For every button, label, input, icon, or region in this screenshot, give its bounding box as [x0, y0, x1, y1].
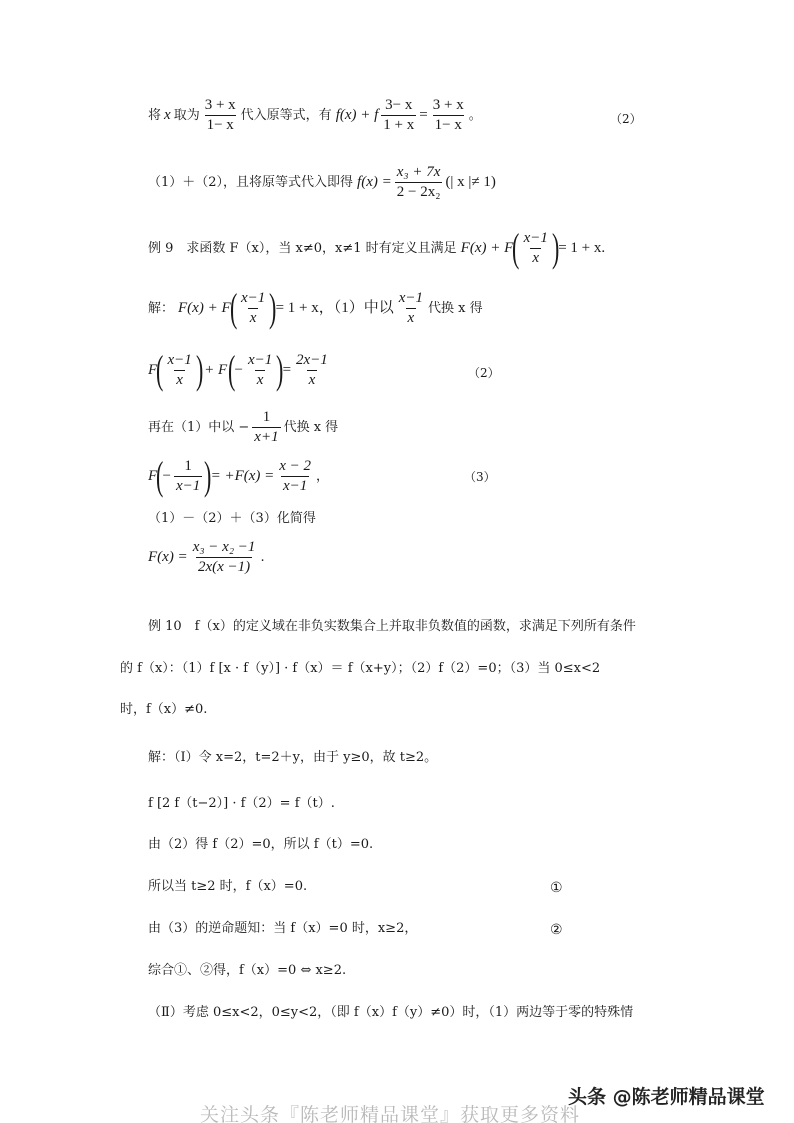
math-expr: f(x) =: [357, 175, 392, 190]
math-expr: + F: [204, 363, 227, 378]
equation-line-1: 将 x 取为 3 + x1− x 代入原等式，有 f(x) + f 3− x1 …: [148, 98, 482, 133]
text: 再在（1）中以 −: [148, 421, 249, 434]
numerator: x₃ + 7x: [395, 165, 443, 182]
solution-step: 由（3）的逆命题知：当 f（x）=0 时，x≥2，: [148, 922, 417, 935]
fraction: 3 + x1− x: [431, 98, 466, 133]
fraction: x−1x: [166, 353, 194, 388]
denominator: x−1: [281, 476, 309, 494]
numerator: x−1: [166, 353, 194, 370]
watermark-text: 关注头条『陈老师精品课堂』获取更多资料: [200, 1100, 580, 1123]
fraction: x−1x: [246, 353, 274, 388]
text: .: [260, 551, 264, 564]
text: 综合①、②得，f（x）=0 ⇔ x≥2.: [148, 964, 346, 977]
brand-label: 头条 @陈老师精品课堂: [568, 1082, 765, 1109]
denominator: 2 − 2x₂: [395, 182, 443, 200]
left-paren: (: [228, 350, 235, 390]
text: f [2 f（t−2）] · f（2）= f（t）.: [148, 797, 335, 810]
right-paren: ): [276, 350, 283, 390]
denominator: x+1: [252, 427, 280, 445]
numerator: x − 2: [277, 459, 313, 476]
numerator: 3− x: [383, 98, 414, 115]
solution-step: 所以当 t≥2 时，f（x）=0.: [148, 880, 307, 893]
left-paren: (: [156, 456, 163, 496]
numerator: 1: [182, 459, 194, 476]
equation-line-2: （1）＋（2），且将原等式代入即得 f(x) = x₃ + 7x2 − 2x₂ …: [148, 165, 496, 200]
solution-step: f [2 f（t−2）] · f（2）= f（t）.: [148, 797, 335, 810]
denominator: 1− x: [205, 115, 236, 133]
math-expr: F(x) + F: [178, 301, 231, 316]
right-paren: ): [196, 350, 203, 390]
left-paren: (: [512, 228, 519, 268]
equals: =: [419, 108, 427, 123]
denominator: 1 + x: [381, 115, 416, 133]
text: 取为: [174, 109, 200, 122]
text: 时，f（x）≠0.: [120, 703, 207, 716]
fraction: 1x−1: [174, 459, 202, 494]
text: 代入原等式，有: [241, 109, 332, 122]
math-expr: f(x) + f: [336, 108, 379, 123]
numerator: 3 + x: [203, 98, 238, 115]
solution-part-2: （Ⅱ）考虑 0≤x<2，0≤y<2，（即 f（x）f（y）≠0）时，（1）两边等…: [148, 1006, 633, 1019]
math-expr: F(x) =: [148, 550, 188, 565]
solution-step: 由（2）得 f（2）=0，所以 f（t）=0.: [148, 838, 373, 851]
fraction: x−1x: [239, 291, 267, 326]
example-10-heading: 例 10 f（x）的定义域在非负实数集合上并取非负数值的函数，求满足下列所有条件: [148, 620, 636, 633]
text: （Ⅱ）考虑 0≤x<2，0≤y<2，（即 f（x）f（y）≠0）时，（1）两边等…: [148, 1006, 633, 1019]
equation-tag: （3）: [464, 468, 496, 485]
solution-line-1: 解： F(x) + F ( x−1x ) = 1 + x，（1）中以 x−1x …: [148, 288, 483, 328]
equation-tag: （2）: [468, 364, 500, 381]
denominator: 2x(x −1): [196, 557, 252, 575]
math-expr: = 1 + x.: [558, 241, 605, 256]
text: （1）＋（2），且将原等式代入即得: [148, 176, 353, 189]
fraction: 2x−1x: [294, 353, 330, 388]
fraction: x₃ + 7x2 − 2x₂: [395, 165, 443, 200]
solution-line-2: 再在（1）中以 − 1x+1 代换 x 得: [148, 410, 338, 445]
math-expr: = 1 + x，（1）中以: [276, 301, 394, 316]
numerator: 2x−1: [294, 353, 330, 370]
minus: −: [163, 469, 171, 484]
right-paren: ): [204, 456, 211, 496]
text: 所以当 t≥2 时，f（x）=0.: [148, 880, 307, 893]
right-paren: ): [269, 288, 276, 328]
denominator: x: [248, 308, 259, 326]
equation-line-7: F ( − 1x−1 ) = +F(x) = x − 2x−1 ，: [148, 456, 329, 496]
denominator: x−1: [174, 476, 202, 494]
denominator: x: [174, 370, 185, 388]
equation-tag: （2）: [610, 110, 642, 127]
circled-tag-2: ②: [550, 922, 563, 938]
text: 由（3）的逆命题知：当 f（x）=0 时，x≥2，: [148, 922, 417, 935]
numerator: x−1: [397, 291, 425, 308]
fraction: x₃ − x₂ −12x(x −1): [191, 540, 258, 575]
text: 解：: [148, 302, 174, 315]
variable: x: [164, 108, 171, 123]
math-expr: F(x) + F: [461, 241, 514, 256]
text: ，: [316, 470, 329, 483]
numerator: x₃ − x₂ −1: [191, 540, 258, 557]
fraction: x − 2x−1: [277, 459, 313, 494]
left-paren: (: [156, 350, 163, 390]
denominator: x: [307, 370, 318, 388]
example-10-end: 时，f（x）≠0.: [120, 703, 207, 716]
text: 例 9 求函数 F（x），当 x≠0，x≠1 时有定义且满足: [148, 242, 457, 255]
left-paren: (: [230, 288, 237, 328]
fraction: 3− x1 + x: [381, 98, 416, 133]
text: 。: [469, 109, 482, 122]
text: 将: [148, 109, 161, 122]
fraction: x−1x: [522, 231, 550, 266]
numerator: x−1: [246, 353, 274, 370]
simplify-line: （1）－（2）＋（3）化简得: [148, 512, 316, 525]
denominator: x: [255, 370, 266, 388]
text: 由（2）得 f（2）=0，所以 f（t）=0.: [148, 838, 373, 851]
numerator: 3 + x: [431, 98, 466, 115]
result-equation: F(x) = x₃ − x₂ −12x(x −1) .: [148, 540, 265, 575]
math-expr: = +F(x) =: [211, 469, 275, 484]
text: 代换 x 得: [428, 302, 483, 315]
numerator: x−1: [239, 291, 267, 308]
fraction: 1x+1: [252, 410, 280, 445]
numerator: x−1: [522, 231, 550, 248]
solution-conclusion: 综合①、②得，f（x）=0 ⇔ x≥2.: [148, 964, 346, 977]
numerator: 1: [261, 410, 273, 427]
condition: (| x |≠ 1): [445, 175, 495, 190]
example-10-conditions: 的 f（x）：（1）f [x · f（y）] · f（x）＝ f（x+y）；（2…: [120, 662, 600, 675]
circled-tag-1: ①: [550, 880, 563, 896]
text: （1）－（2）＋（3）化简得: [148, 512, 316, 525]
equals: =: [283, 363, 291, 378]
text: 解：（Ⅰ）令 x=2，t=2＋y，由于 y≥0，故 t≥2。: [148, 751, 437, 764]
denominator: x: [406, 308, 417, 326]
minus: −: [234, 363, 242, 378]
denominator: 1− x: [433, 115, 464, 133]
text: 代换 x 得: [284, 421, 339, 434]
solution-part-1: 解：（Ⅰ）令 x=2，t=2＋y，由于 y≥0，故 t≥2。: [148, 751, 437, 764]
fraction: x−1x: [397, 291, 425, 326]
fraction: 3 + x1− x: [203, 98, 238, 133]
text: 的 f（x）：（1）f [x · f（y）] · f（x）＝ f（x+y）；（2…: [120, 662, 600, 675]
example-9-heading: 例 9 求函数 F（x），当 x≠0，x≠1 时有定义且满足 F(x) + F …: [148, 228, 605, 268]
denominator: x: [530, 248, 541, 266]
equation-line-5: F ( x−1x ) + F ( − x−1x ) = 2x−1x: [148, 350, 333, 390]
text: 例 10 f（x）的定义域在非负实数集合上并取非负数值的函数，求满足下列所有条件: [148, 620, 636, 633]
right-paren: ): [552, 228, 559, 268]
